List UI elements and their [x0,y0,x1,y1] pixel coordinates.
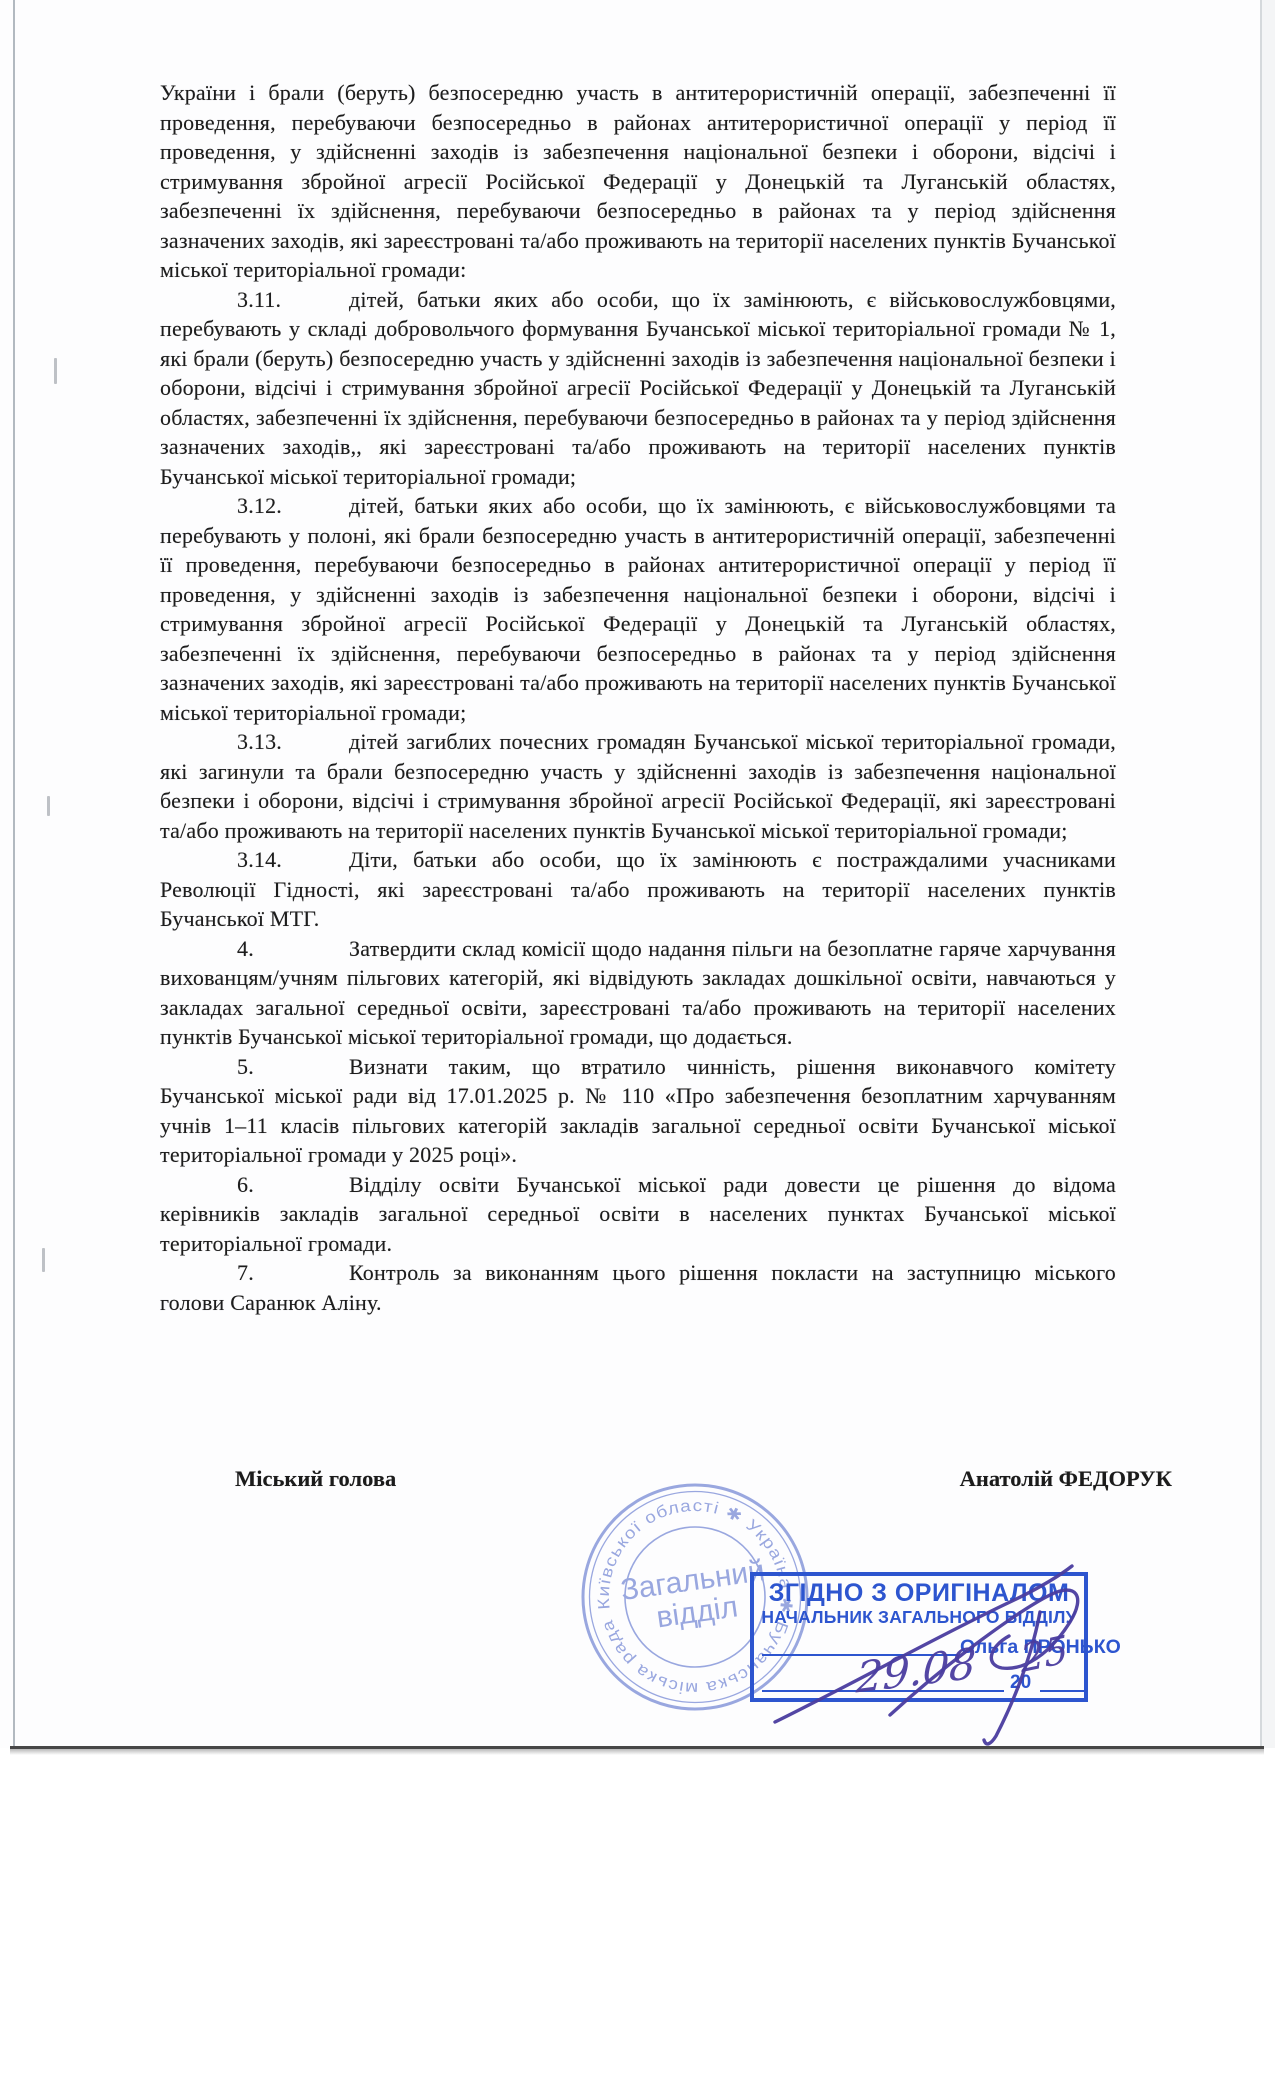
paragraph-continuation: України і брали (беруть) безпосередню уч… [160,78,1116,285]
paragraph-6: 6.Відділу освіти Бучанської міської ради… [160,1170,1116,1259]
paragraph-number: 3.13. [237,727,349,757]
paragraph-number: 5. [237,1052,349,1082]
paragraph-number: 4. [237,934,349,964]
fold-mark [47,796,50,816]
paragraph-number: 7. [237,1258,349,1288]
paragraph-number: 3.12. [237,491,349,521]
paragraph-3-12: 3.12.дітей, батьки яких або особи, що їх… [160,491,1116,727]
fold-mark [54,358,57,384]
handwritten-signature [740,1540,1120,1760]
paragraph-number: 6. [237,1170,349,1200]
paragraph-number: 3.14. [237,845,349,875]
paragraph-3-11: 3.11.дітей, батьки яких або особи, що їх… [160,285,1116,492]
scanned-document-page: України і брали (беруть) безпосередню уч… [0,0,1275,2100]
paragraph-4: 4.Затвердити склад комісії щодо надання … [160,934,1116,1052]
paragraph-3-13: 3.13.дітей загиблих почесних громадян Бу… [160,727,1116,845]
paragraph-number: 3.11. [237,285,349,315]
paragraph-text: дітей, батьки яких або особи, що їх замі… [160,493,1116,725]
paragraph-5: 5.Визнати таким, що втратило чинність, р… [160,1052,1116,1170]
paragraph-text: дітей, батьки яких або особи, що їх замі… [160,287,1116,489]
scanner-right-strip [1262,0,1275,1748]
paragraph-3-14: 3.14.Діти, батьки або особи, що їх замін… [160,845,1116,934]
fold-mark [42,1248,45,1272]
document-body-text: України і брали (беруть) безпосередню уч… [160,78,1116,1317]
signer-title: Міський голова [160,1466,396,1492]
paper-left-edge [13,0,15,1748]
paragraph-7: 7.Контроль за виконанням цього рішення п… [160,1258,1116,1317]
signer-name: Анатолій ФЕДОРУК [960,1466,1172,1492]
